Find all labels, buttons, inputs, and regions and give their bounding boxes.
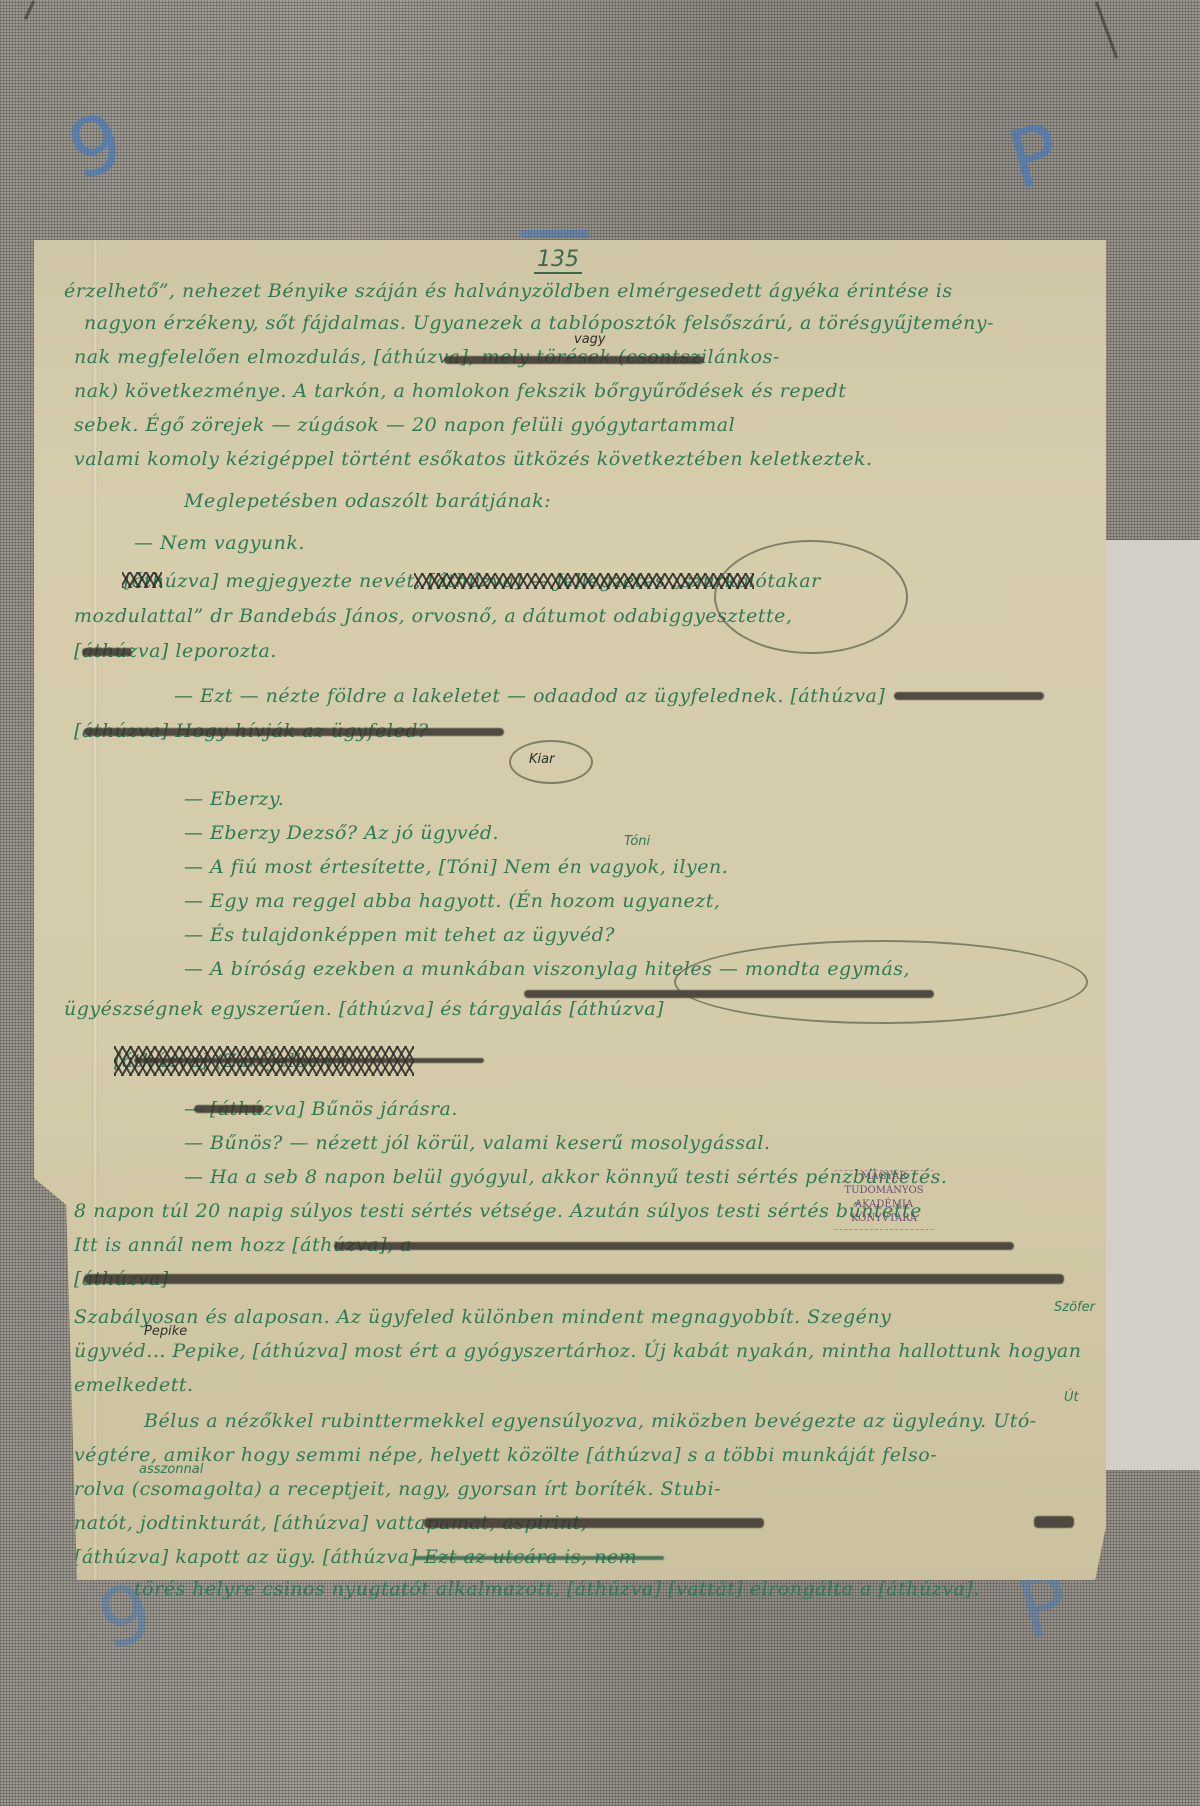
strikethrough [194,1105,264,1113]
manuscript-line: — Eberzy Dezső? Az jó ügyvéd. [184,822,499,844]
strikethrough [894,692,1044,700]
manuscript-line: — Nem vagyunk. [134,532,305,554]
strikethrough [414,1556,664,1560]
manuscript-page: 135 érzelhető”, nehezet Bényike száján é… [34,240,1106,1580]
backing-sheet [1105,540,1200,1470]
manuscript-line: emelkedett. [74,1374,194,1396]
strikethrough [1034,1516,1074,1528]
circled-insertion [509,740,593,784]
circled-insertion [714,540,908,654]
strikethrough [424,1518,764,1528]
pencil-tick-mark [1095,1,1118,58]
interlinear-insert: Szöfer [1054,1300,1095,1315]
manuscript-line: — Bűnös? — nézett jól körül, valami kese… [184,1132,770,1154]
manuscript-line: végtére, amikor hogy semmi népe, helyett… [74,1444,937,1466]
crayon-mark-top-right-icon: P [999,105,1070,207]
manuscript-line: Meglepetésben odaszólt barátjának: [184,490,551,512]
interlinear-insert: Pepike [144,1324,187,1339]
interlinear-insert: asszonnal [139,1462,203,1477]
crayon-mark-top-left-icon: 9 [59,95,132,198]
strikethrough [134,1058,484,1063]
manuscript-line: — És tulajdonképpen mit tehet az ügyvéd? [184,924,615,946]
scribble-deletion [122,572,162,588]
manuscript-line: nagyon érzékeny, sőt fájdalmas. Ugyaneze… [84,312,994,334]
manuscript-line: Bélus a nézőkkel rubinttermekkel egyensú… [144,1410,1037,1432]
page-number: 135 [534,248,582,274]
manuscript-line: valami komoly kézigéppel történt esőkato… [74,448,873,470]
manuscript-line: rolva (csomagolta) a receptjeit, nagy, g… [74,1478,721,1500]
interlinear-insert: vagy [574,332,606,347]
manuscript-line: — Egy ma reggel abba hagyott. (Én hozom … [184,890,720,912]
manuscript-line: mozdulattal” dr Bandebás János, orvosnő,… [74,605,792,627]
library-stamp: MAGYAR TUDOMÁNYOS AKADÉMIA KÖNYVTÁRA [814,1170,954,1230]
interlinear-insert: Tóni [624,834,650,849]
manuscript-line: 8 napon túl 20 napig súlyos testi sértés… [74,1200,922,1222]
strikethrough [84,1274,1064,1284]
manuscript-line: érzelhető”, nehezet Bényike száján és ha… [64,280,953,302]
pencil-tick-mark [24,0,35,19]
strikethrough [334,1242,1014,1250]
blue-tab-mark [520,230,590,238]
manuscript-line: Szabályosan és alaposan. Az ügyfeled kül… [74,1306,891,1328]
strikethrough [84,728,504,736]
strikethrough [444,356,704,364]
scribble-deletion [414,573,754,589]
manuscript-line: ügyészségnek egyszerűen. [áthúzva] és tá… [64,998,664,1020]
manuscript-line: nak) következménye. A tarkón, a homlokon… [74,380,846,402]
manuscript-line: ügyvéd... Pepike, [áthúzva] most ért a g… [74,1340,1082,1362]
manuscript-line: — A fiú most értesítette, [Tóni] Nem én … [184,856,728,878]
manuscript-line: törés helyre csinos nyugtatót alkalmazot… [134,1578,980,1600]
strikethrough [82,648,132,656]
manuscript-line: sebek. Égő zörejek — zúgások — 20 napon … [74,414,735,436]
circled-insertion [674,940,1088,1024]
interlinear-insert: Út [1064,1390,1079,1405]
stamp-frame [814,1170,954,1230]
manuscript-line: — Eberzy. [184,788,284,810]
manuscript-line: — Ezt — nézte földre a lakeletet — odaad… [174,685,885,707]
